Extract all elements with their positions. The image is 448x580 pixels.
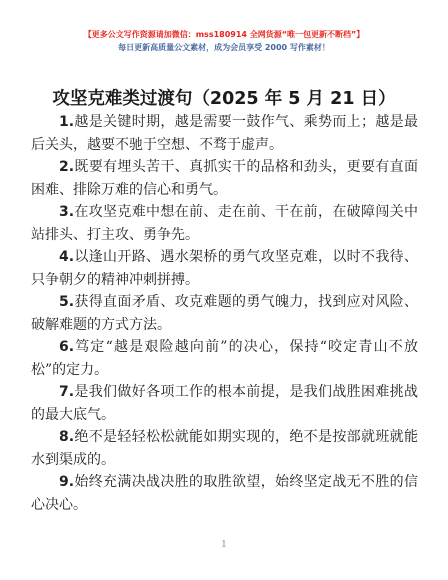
paragraph-text: 始终充满决战决胜的取胜欲望，始终坚定战无不胜的信心决心。 [31,474,418,513]
paragraph: 2.既要有埋头苦干、真抓实干的品格和劲头，更要有直面困难、排除万难的信心和勇气。 [31,156,418,201]
paragraph-number: 6. [59,339,74,355]
paragraph-text: 是我们做好各项工作的根本前提，是我们战胜困难挑战的最大底气。 [31,384,418,423]
paragraph-text: 绝不是轻轻松松就能如期实现的，绝不是按部就班就能水到渠成的。 [31,429,418,468]
paragraph-text: 笃定“越是艰险越向前”的决心，保持“咬定青山不放松”的定力。 [31,339,418,378]
paragraph-text: 既要有埋头苦干、真抓实干的品格和劲头，更要有直面困难、排除万难的信心和勇气。 [31,159,418,198]
paragraph: 5.获得直面矛盾、攻克难题的勇气魄力，找到应对风险、破解难题的方式方法。 [31,291,418,336]
promo-header-line1: 【更多公文写作资源请加微信：mss180914 全网货源“唯一包更新不断档”】 [0,28,448,41]
document-title: 攻坚克难类过渡句（2025 年 5 月 21 日） [0,85,448,110]
paragraph: 6.笃定“越是艰险越向前”的决心，保持“咬定青山不放松”的定力。 [31,336,418,381]
paragraph-number: 9. [59,474,74,490]
paragraph-number: 7. [59,384,74,400]
paragraph-number: 8. [59,429,74,445]
document-page: 【更多公文写作资源请加微信：mss180914 全网货源“唯一包更新不断档”】 … [0,0,448,580]
paragraph-text: 在攻坚克难中想在前、走在前、干在前，在破障闯关中站排头、打主攻、勇争先。 [31,204,418,243]
page-number: 1 [0,540,448,550]
paragraph-text: 越是关键时期，越是需要一鼓作气、乘势而上；越是最后关头，越要不驰于空想、不骛于虚… [31,114,418,153]
paragraph: 7.是我们做好各项工作的根本前提，是我们战胜困难挑战的最大底气。 [31,381,418,426]
document-body: 1.越是关键时期，越是需要一鼓作气、乘势而上；越是最后关头，越要不驰于空想、不骛… [31,111,418,516]
paragraph: 1.越是关键时期，越是需要一鼓作气、乘势而上；越是最后关头，越要不驰于空想、不骛… [31,111,418,156]
paragraph: 8.绝不是轻轻松松就能如期实现的，绝不是按部就班就能水到渠成的。 [31,426,418,471]
paragraph-text: 获得直面矛盾、攻克难题的勇气魄力，找到应对风险、破解难题的方式方法。 [31,294,418,333]
paragraph-number: 1. [59,114,74,130]
paragraph: 4.以逢山开路、遇水架桥的勇气攻坚克难，以时不我待、只争朝夕的精神冲刺拼搏。 [31,246,418,291]
paragraph-number: 2. [59,159,74,175]
promo-header-line2: 每日更新高质量公文素材，成为会员享受 2000 写作素材！ [0,41,448,54]
paragraph: 3.在攻坚克难中想在前、走在前、干在前，在破障闯关中站排头、打主攻、勇争先。 [31,201,418,246]
promo-header: 【更多公文写作资源请加微信：mss180914 全网货源“唯一包更新不断档”】 … [0,28,448,54]
paragraph-text: 以逢山开路、遇水架桥的勇气攻坚克难，以时不我待、只争朝夕的精神冲刺拼搏。 [31,249,418,288]
paragraph-number: 3. [59,204,74,220]
paragraph: 9.始终充满决战决胜的取胜欲望，始终坚定战无不胜的信心决心。 [31,471,418,516]
paragraph-number: 5. [59,294,74,310]
paragraph-number: 4. [59,249,74,265]
